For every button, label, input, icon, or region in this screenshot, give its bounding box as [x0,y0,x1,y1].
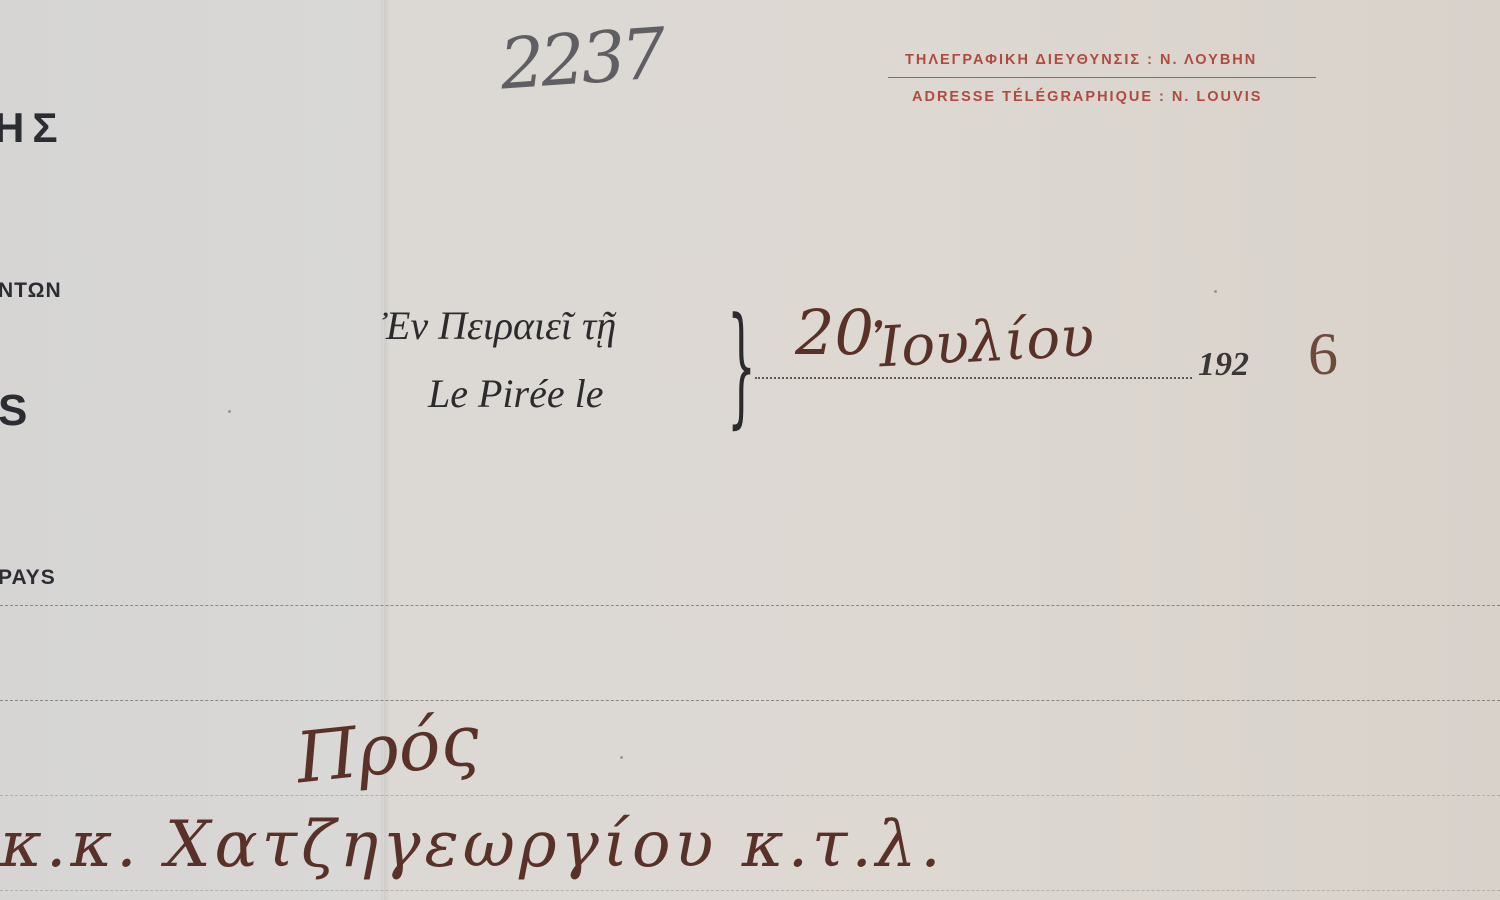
handwritten-day: 20 [795,296,874,369]
archive-number-pencil: 2237 [497,12,664,105]
handwritten-year-digit: 6 [1308,320,1338,389]
date-dotted-line [755,377,1192,379]
letterhead-title-fragment: ΗΣ [0,104,66,152]
handwritten-month: Ἰουλίου [870,304,1095,381]
handwritten-addressee: κ.κ. Χατζηγεωργίου κ.τ.λ. [0,808,945,882]
telegraph-address-greek: ΤΗΛΕΓΡΑΦΙΚΗ ΔΙΕΥΘΥΝΣΙΣ : Ν. ΛΟΥΒΗΝ [905,52,1257,68]
brace-icon: } [727,300,756,430]
paper-speck [1214,290,1217,293]
ruled-line [0,795,1500,796]
printed-year-prefix: 192 [1198,346,1249,384]
ruled-line [0,890,1500,891]
paper-speck [620,756,623,759]
place-line-greek: Ἐν Πειραιεῖ τῇ [382,302,616,349]
letterhead-subtitle-fr-fragment: PAYS [0,566,56,590]
ruled-line [0,700,1500,701]
letter-paper [0,0,1500,900]
letterhead-title-fr-fragment: S [0,386,28,436]
ruled-line [0,605,1500,606]
paper-speck [228,410,231,413]
telegraph-address-french: ADRESSE TÉLÉGRAPHIQUE : N. LOUVIS [912,89,1262,105]
letterhead-subtitle-fragment: ΝΤΩΝ [0,279,62,303]
place-line-french: Le Pirée le [428,370,604,417]
telegraph-divider [888,77,1316,78]
